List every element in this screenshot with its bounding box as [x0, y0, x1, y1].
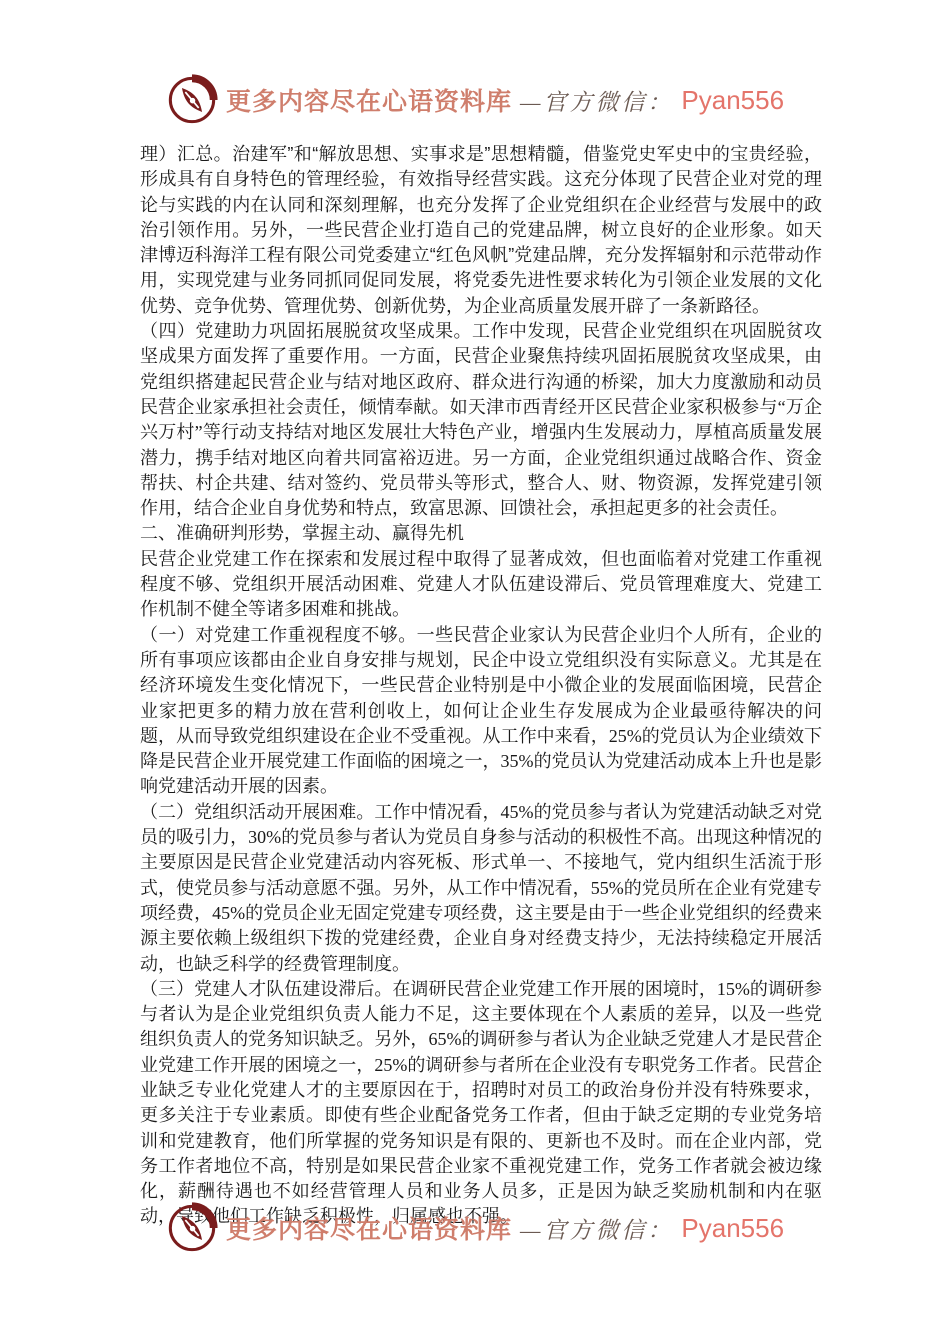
header-watermark: 更多内容尽在心语资料库 —官方微信： Pyan556: [0, 74, 950, 126]
paragraph-4-poverty-relief: （四）党建助力巩固拓展脱贫攻坚成果。工作中发现，民营企业党组织在巩固脱贫攻坚成果…: [140, 319, 822, 521]
watermark-wechat-id: Pyan556: [681, 85, 784, 116]
watermark-brand-text: 更多内容尽在心语资料库: [226, 82, 512, 118]
section-2-heading: 二、准确研判形势，掌握主动、赢得先机: [140, 521, 822, 546]
pen-logo-icon: [166, 1202, 218, 1254]
watermark-wechat-id: Pyan556: [681, 1213, 784, 1244]
watermark-wechat-label: —官方微信：: [520, 1212, 673, 1245]
paragraph-1-attention-lack: （一）对党建工作重视程度不够。一些民营企业家认为民营企业归个人所有，企业的所有事…: [140, 623, 822, 800]
document-body: 理）汇总。治建军”和“解放思想、实事求是”思想精髓，借鉴党史军史中的宝贵经验，形…: [140, 142, 822, 1230]
pen-logo-icon: [166, 74, 218, 126]
paragraph-party-brand: 理）汇总。治建军”和“解放思想、实事求是”思想精髓，借鉴党史军史中的宝贵经验，形…: [140, 142, 822, 319]
watermark-brand-text: 更多内容尽在心语资料库: [226, 1210, 512, 1246]
paragraph-section-2-intro: 民营企业党建工作在探索和发展过程中取得了显著成效，但也面临着对党建工作重视程度不…: [140, 547, 822, 623]
paragraph-2-activity-difficulty: （二）党组织活动开展困难。工作中情况看，45%的党员参与者认为党建活动缺乏对党员…: [140, 800, 822, 977]
paragraph-3-talent-lag: （三）党建人才队伍建设滞后。在调研民营企业党建工作开展的困境时，15%的调研参与…: [140, 977, 822, 1230]
watermark-wechat-label: —官方微信：: [520, 84, 673, 117]
footer-watermark: 更多内容尽在心语资料库 —官方微信： Pyan556: [0, 1202, 950, 1254]
